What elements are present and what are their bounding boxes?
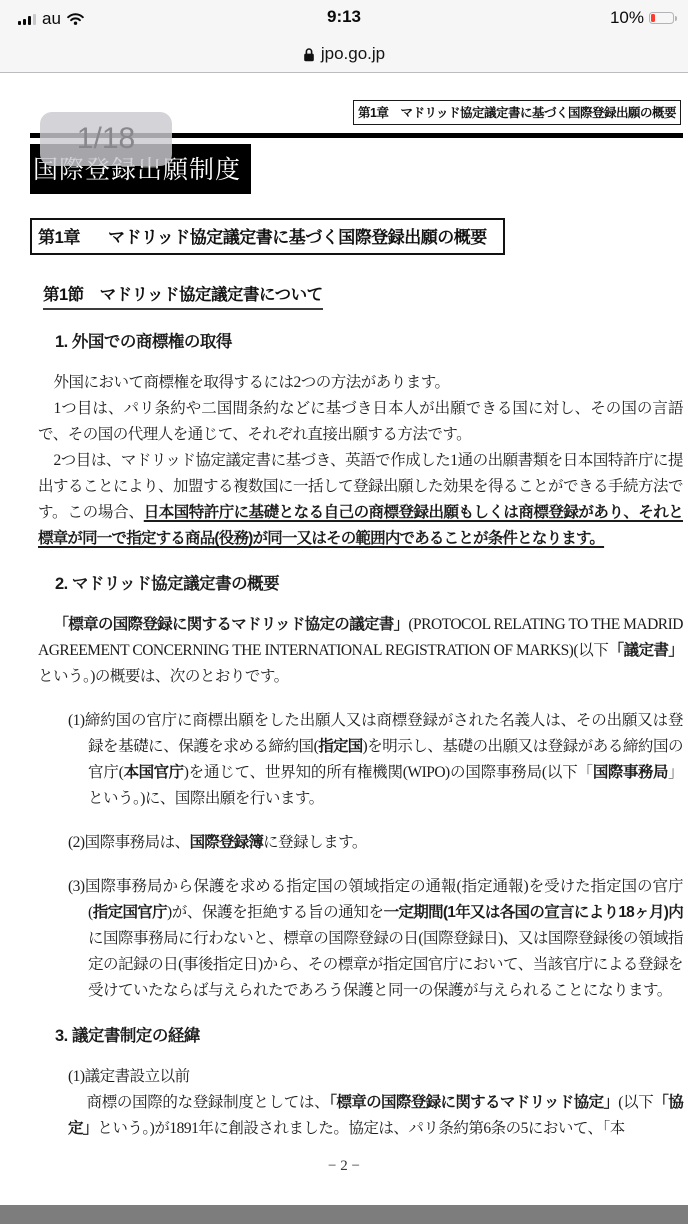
url-bar[interactable]: jpo.go.jp (0, 36, 688, 72)
paragraph: 1つ目は、パリ条約や二国間条約などに基づき日本人が出願できる国に対し、その国の言… (38, 396, 683, 448)
battery-percent: 10% (610, 8, 644, 28)
running-header: 第1章 マドリッド協定議定書に基づく国際登録出願の概要 (353, 100, 681, 125)
paragraph: 「標章の国際登録に関するマドリッド協定の議定書」(PROTOCOL RELATI… (38, 612, 683, 690)
list-item-1: (1)締約国の官庁に商標出願をした出願人又は商標登録がされた名義人は、その出願又… (88, 708, 683, 812)
bottom-bar (0, 1205, 688, 1224)
sub-item-1: (1)議定書設立以前 (68, 1064, 683, 1090)
heading-3: 3. 議定書制定の経緯 (55, 1024, 683, 1048)
pdf-page: 第1章 マドリッド協定議定書に基づく国際登録出願の概要 国際登録出願制度 第1章… (0, 73, 688, 1205)
safari-header: au 9:13 10% jpo.go.jp (0, 0, 688, 73)
battery-low-icon (649, 12, 674, 24)
lock-icon (303, 47, 315, 62)
list-item-2: (2)国際事務局は、国際登録簿に登録します。 (88, 830, 683, 856)
paragraph: 外国において商標権を取得するには2つの方法があります。 (38, 370, 683, 396)
list-item-3: (3)国際事務局から保護を求める指定国の領域指定の通報(指定通報)を受けた指定国… (88, 874, 683, 1004)
url-domain: jpo.go.jp (321, 44, 385, 64)
heading-2: 2. マドリッド協定議定書の概要 (55, 572, 683, 596)
page-number: − 2 − (0, 1158, 688, 1175)
clock: 9:13 (0, 7, 688, 27)
chapter-number: 第1章 (38, 228, 80, 247)
page-indicator-overlay: 1/18 (40, 112, 172, 166)
section-heading: 第1節 マドリッド協定議定書について (43, 281, 323, 310)
chapter-title: マドリッド協定議定書に基づく国際登録出願の概要 (108, 228, 487, 247)
status-bar: au 9:13 10% (0, 0, 688, 36)
heading-1: 1. 外国での商標権の取得 (55, 330, 683, 354)
paragraph: 商標の国際的な登録制度としては、「標章の国際登録に関するマドリッド協定」(以下「… (68, 1090, 683, 1142)
chapter-heading: 第1章マドリッド協定議定書に基づく国際登録出願の概要 (30, 218, 505, 255)
paragraph: 2つ目は、マドリッド協定議定書に基づき、英語で作成した1通の出願書類を日本国特許… (38, 448, 683, 552)
doc-blocks: 1. 外国での商標権の取得外国において商標権を取得するには2つの方法があります。… (30, 330, 683, 1142)
